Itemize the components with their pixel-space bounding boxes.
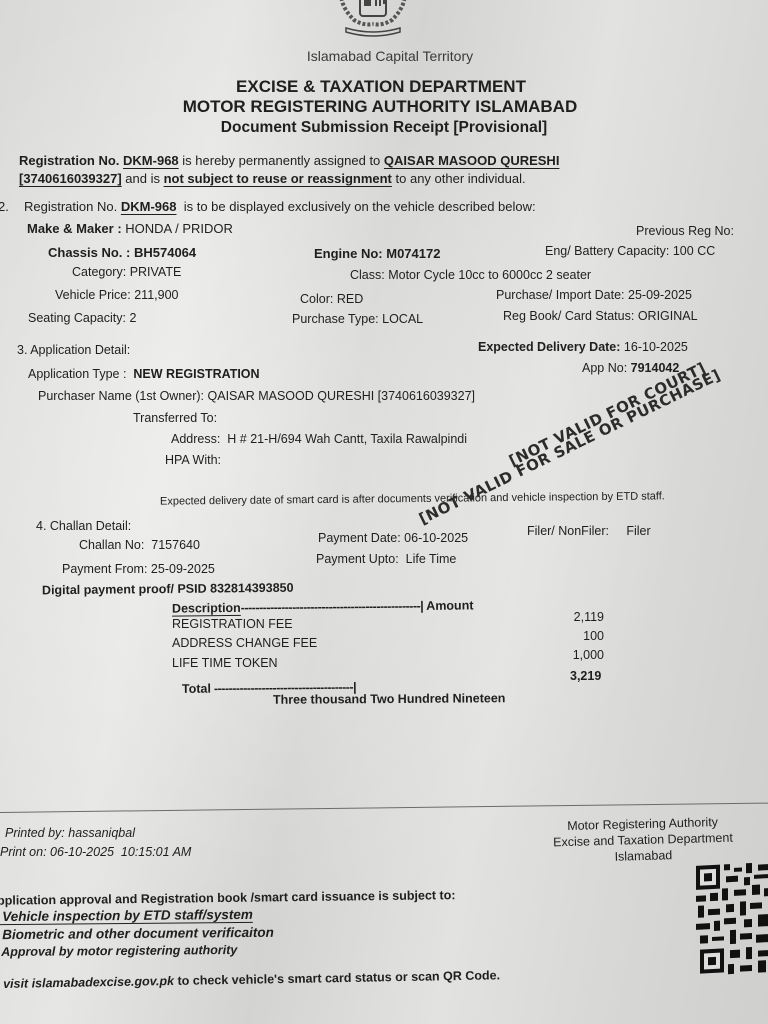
- psid-label: Digital payment proof/ PSID: [42, 582, 207, 598]
- print-on-label: Print on:: [0, 845, 47, 859]
- purchaser-label: Purchaser Name (1st Owner):: [38, 389, 204, 403]
- fee-description: REGISTRATION FEE: [172, 617, 293, 631]
- color-value: RED: [337, 292, 363, 306]
- transferred-field: Transferred To:: [133, 411, 217, 425]
- make-value: HONDA / PRIDOR: [125, 221, 233, 236]
- printed-by-field: Printed by: hassaniqbal: [5, 826, 135, 840]
- purchase-type-field: Purchase Type: LOCAL: [292, 312, 423, 326]
- total-value: 3,219: [570, 669, 601, 683]
- engine-value: M074172: [386, 246, 440, 261]
- category-label: Category:: [72, 265, 126, 279]
- regbook-field: Reg Book/ Card Status: ORIGINAL: [503, 309, 698, 323]
- fee-amount: 2,119: [574, 610, 604, 624]
- chassis-field: Chassis No. : BH574064: [48, 245, 196, 260]
- payment-upto-label: Payment Upto:: [316, 552, 399, 566]
- section2-number: 2.: [0, 199, 9, 214]
- capacity-label: Eng/ Battery Capacity:: [545, 244, 669, 258]
- condition-3: - Approval by motor registering authorit…: [0, 943, 237, 959]
- regbook-label: Reg Book/ Card Status:: [503, 309, 634, 323]
- app-type-label: Application Type :: [28, 367, 126, 381]
- hpa-label: HPA With:: [165, 453, 221, 467]
- amount-header: Amount: [426, 598, 473, 612]
- purchase-type-label: Purchase Type:: [292, 312, 379, 326]
- purchase-date-value: 25-09-2025: [628, 288, 692, 302]
- address-value: H # 21-H/694 Wah Cantt, Taxila Rawalpind…: [227, 432, 467, 446]
- seating-value: 2: [129, 311, 136, 325]
- challan-label: Challan No:: [79, 538, 144, 552]
- purchase-date-field: Purchase/ Import Date: 25-09-2025: [496, 288, 692, 302]
- class-field: Class: Motor Cycle 10cc to 6000cc 2 seat…: [350, 268, 591, 282]
- psid-field: Digital payment proof/ PSID 832814393850: [42, 581, 294, 598]
- visit-suffix: to check vehicle's smart card status or …: [177, 968, 500, 988]
- payment-from-value: 25-09-2025: [151, 562, 215, 576]
- fee-description: ADDRESS CHANGE FEE: [172, 636, 317, 650]
- payment-from-label: Payment From:: [62, 562, 147, 576]
- total-label: Total: [182, 682, 211, 696]
- engine-field: Engine No: M074172: [314, 246, 440, 261]
- make-label: Make & Maker :: [27, 221, 122, 236]
- delivery-note: Expected delivery date of smart card is …: [160, 490, 665, 507]
- challan-field: Challan No: 7157640: [79, 538, 200, 552]
- condition-2: - Biometric and other document verificai…: [0, 925, 274, 942]
- app-no-field: App No: 7914042: [582, 361, 679, 375]
- total-words: Three thousand Two Hundred Nineteen: [273, 691, 506, 707]
- regbook-value: ORIGINAL: [638, 309, 698, 323]
- purchaser-field: Purchaser Name (1st Owner): QAISAR MASOO…: [38, 389, 475, 403]
- app-type-value: NEW REGISTRATION: [133, 367, 259, 381]
- category-value: PRIVATE: [130, 265, 182, 279]
- payment-date-value: 06-10-2025: [404, 531, 468, 545]
- payment-date-field: Payment Date: 06-10-2025: [318, 531, 468, 545]
- printed-by-value: hassaniqbal: [68, 826, 135, 840]
- category-field: Category: PRIVATE: [72, 265, 181, 279]
- display-text: is to be displayed exclusively on the ve…: [184, 199, 536, 214]
- address-label: Address:: [171, 432, 220, 446]
- payment-date-label: Payment Date:: [318, 531, 401, 545]
- delivery-value: 16-10-2025: [624, 340, 688, 354]
- reg-assigned-text: is hereby permanently assigned to: [182, 153, 380, 168]
- fee-amount: 1,000: [573, 648, 604, 662]
- section1-line1: Registration No. DKM-968 is hereby perma…: [19, 153, 559, 168]
- price-value: 211,900: [134, 288, 178, 302]
- section1-line2: [3740616039327] and is not subject to re…: [19, 171, 526, 186]
- address-field: Address: H # 21-H/694 Wah Cantt, Taxila …: [171, 432, 467, 446]
- chassis-label: Chassis No. :: [48, 245, 130, 260]
- territory-label: Islamabad Capital Territory: [6, 48, 768, 64]
- government-emblem-icon: [332, 0, 414, 38]
- prev-reg-label: Previous Reg No:: [636, 224, 734, 238]
- application-detail-title: 3. Application Detail:: [17, 343, 130, 357]
- color-label: Color:: [300, 292, 333, 306]
- print-on-value: 06-10-2025 10:15:01 AM: [50, 845, 191, 859]
- reg-prefix-2: Registration No.: [24, 199, 117, 214]
- payment-from-field: Payment From: 25-09-2025: [62, 562, 215, 576]
- price-field: Vehicle Price: 211,900: [55, 288, 178, 302]
- section2-intro: Registration No. DKM-968 is to be displa…: [24, 199, 536, 214]
- visit-notice: Please visit islamabadexcise.gov.pk to c…: [0, 968, 500, 991]
- hpa-field: HPA With:: [165, 453, 221, 467]
- seating-label: Seating Capacity:: [28, 311, 126, 325]
- class-value: Motor Cycle 10cc to 6000cc 2 seater: [388, 268, 591, 282]
- engine-label: Engine No:: [314, 246, 383, 261]
- capacity-value: 100 CC: [673, 244, 715, 258]
- purchase-date-label: Purchase/ Import Date:: [496, 288, 625, 302]
- visit-site-link[interactable]: islamabadexcise.gov.pk: [32, 974, 175, 990]
- seating-field: Seating Capacity: 2: [28, 311, 136, 325]
- filer-value: Filer: [626, 524, 650, 538]
- qr-code-icon[interactable]: [692, 858, 768, 982]
- class-label: Class:: [350, 268, 385, 282]
- make-field: Make & Maker : HONDA / PRIDOR: [27, 221, 233, 236]
- challan-detail-title: 4. Challan Detail:: [36, 519, 131, 533]
- footer-divider: [0, 802, 768, 813]
- payment-upto-field: Payment Upto: Life Time: [316, 552, 456, 566]
- reg-number: DKM-968: [123, 153, 179, 168]
- delivery-label: Expected Delivery Date:: [478, 340, 620, 354]
- not-reuse-text: not subject to reuse or reassignment: [164, 171, 392, 186]
- and-is-text: and is: [125, 171, 160, 186]
- document-title: Document Submission Receipt [Provisional…: [0, 119, 768, 137]
- filer-field: Filer/ NonFiler: Filer: [527, 524, 651, 538]
- issuing-org: Motor Registering Authority Excise and T…: [527, 813, 758, 867]
- filer-label: Filer/ NonFiler:: [527, 524, 609, 538]
- department-title: EXCISE & TAXATION DEPARTMENT: [0, 77, 765, 97]
- reg-prefix: Registration No.: [19, 153, 119, 168]
- delivery-field: Expected Delivery Date: 16-10-2025: [478, 340, 688, 354]
- fees-header: Description-----------------------------…: [172, 598, 474, 615]
- challan-value: 7157640: [151, 538, 200, 552]
- reg-number-2: DKM-968: [121, 199, 177, 214]
- app-type-field: Application Type : NEW REGISTRATION: [28, 367, 260, 381]
- capacity-field: Eng/ Battery Capacity: 100 CC: [545, 244, 715, 258]
- price-label: Vehicle Price:: [55, 288, 131, 302]
- chassis-value: BH574064: [134, 245, 196, 260]
- printed-by-label: Printed by:: [5, 826, 65, 840]
- purchaser-value: QAISAR MASOOD QURESHI [3740616039327]: [208, 389, 476, 403]
- psid-value: 832814393850: [210, 581, 294, 596]
- print-on-field: Print on: 06-10-2025 10:15:01 AM: [0, 845, 191, 859]
- reuse-suffix: to any other individual.: [396, 171, 526, 186]
- transferred-label: Transferred To:: [133, 411, 217, 425]
- description-header: Description: [172, 601, 241, 616]
- purchase-type-value: LOCAL: [382, 312, 423, 326]
- app-no-label: App No:: [582, 361, 627, 375]
- conditions-intro: Application approval and Registration bo…: [0, 888, 456, 908]
- authority-title: MOTOR REGISTERING AUTHORITY ISLAMABAD: [0, 97, 764, 117]
- condition-1: - Vehicle inspection by ETD staff/system: [0, 907, 253, 924]
- color-field: Color: RED: [300, 292, 363, 306]
- owner-cnic: [3740616039327]: [19, 171, 122, 186]
- visit-prefix: Please visit: [0, 977, 28, 992]
- prev-reg-field: Previous Reg No:: [636, 224, 734, 238]
- owner-name: QAISAR MASOOD QURESHI: [384, 153, 560, 168]
- payment-upto-value: Life Time: [406, 552, 457, 566]
- fee-amount: 100: [583, 629, 604, 643]
- fee-description: LIFE TIME TOKEN: [172, 656, 278, 670]
